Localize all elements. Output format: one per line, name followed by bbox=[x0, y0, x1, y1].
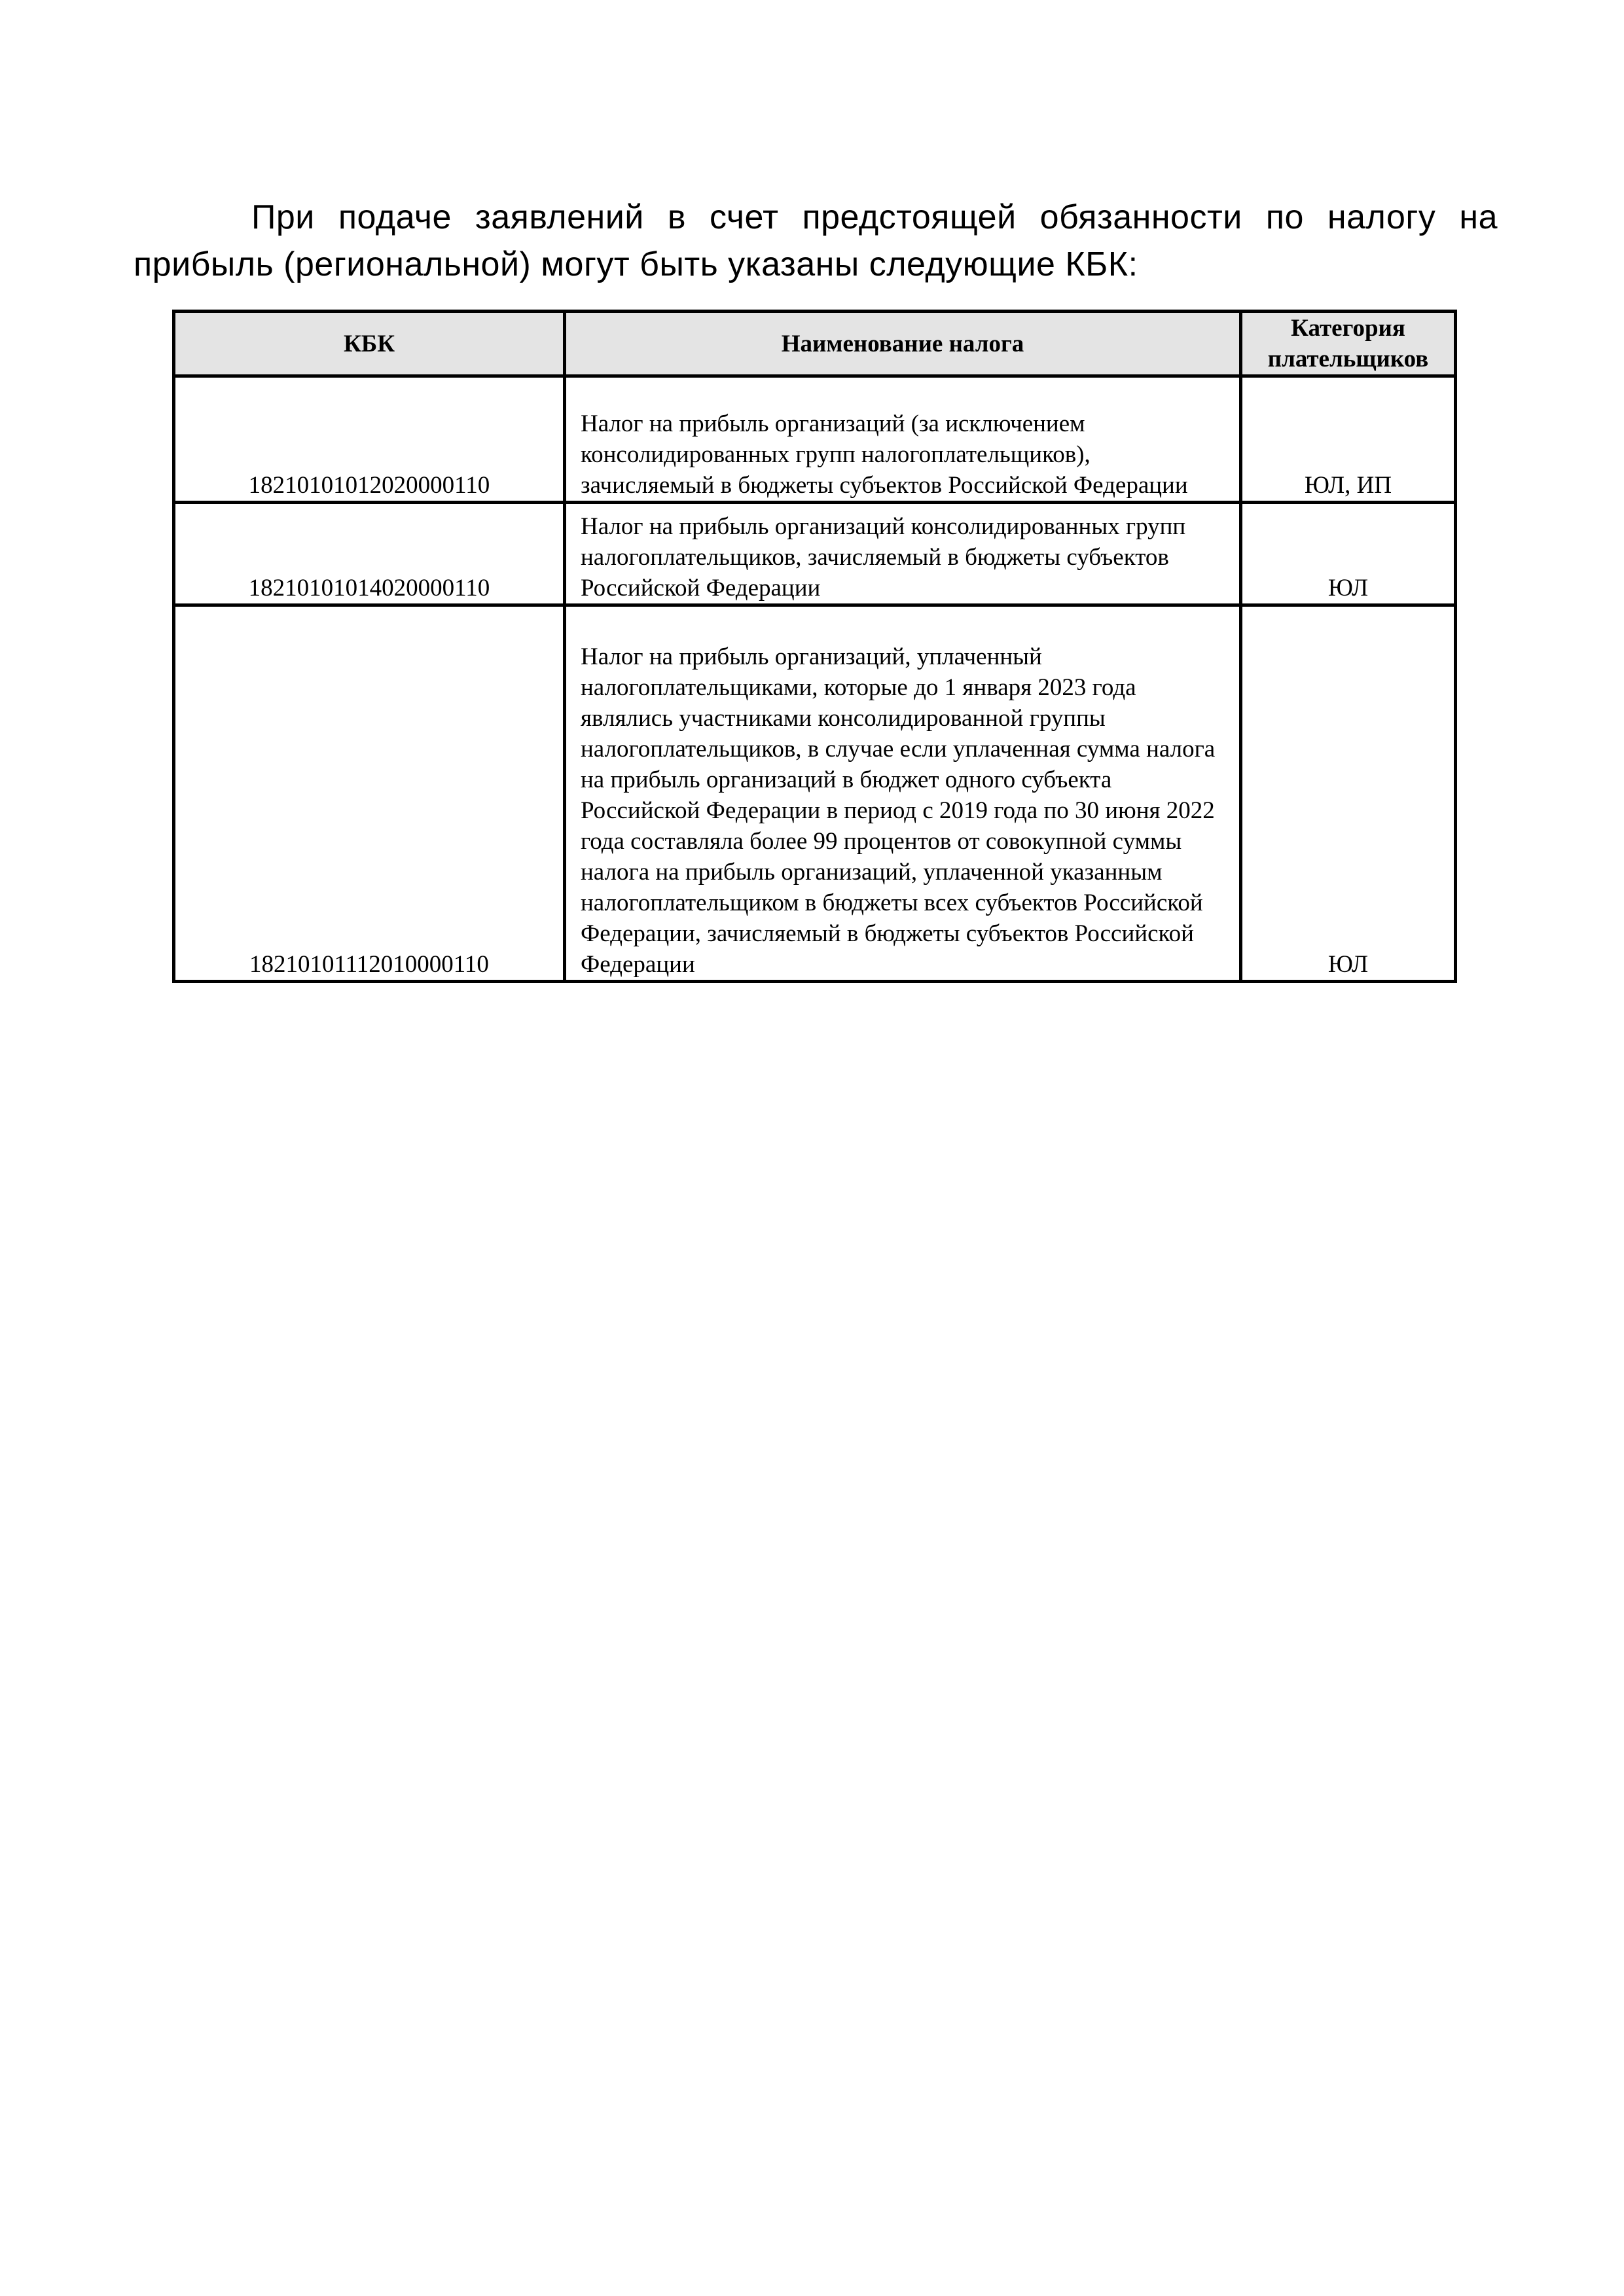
tax-name: Налог на прибыль организаций, уплаченный… bbox=[565, 605, 1241, 982]
header-payer-category: Категория плательщиков bbox=[1241, 312, 1456, 376]
kbk-code: 18210101014020000110 bbox=[174, 503, 565, 605]
kbk-table: КБК Наименование налога Категория плател… bbox=[172, 310, 1457, 983]
header-tax-name: Наименование налога bbox=[565, 312, 1241, 376]
payer-category: ЮЛ, ИП bbox=[1241, 376, 1456, 503]
payer-category: ЮЛ bbox=[1241, 503, 1456, 605]
intro-paragraph: При подаче заявлений в счет предстоящей … bbox=[134, 194, 1498, 288]
tax-name: Налог на прибыль организаций консолидиро… bbox=[565, 503, 1241, 605]
table-header-row: КБК Наименование налога Категория плател… bbox=[174, 312, 1456, 376]
table-row: 18210101014020000110 Налог на прибыль ор… bbox=[174, 503, 1456, 605]
header-kbk: КБК bbox=[174, 312, 565, 376]
payer-category: ЮЛ bbox=[1241, 605, 1456, 982]
kbk-code: 18210101012020000110 bbox=[174, 376, 565, 503]
kbk-code: 18210101112010000110 bbox=[174, 605, 565, 982]
table-row: 18210101112010000110 Налог на прибыль ор… bbox=[174, 605, 1456, 982]
table-row: 18210101012020000110 Налог на прибыль ор… bbox=[174, 376, 1456, 503]
tax-name: Налог на прибыль организаций (за исключе… bbox=[565, 376, 1241, 503]
